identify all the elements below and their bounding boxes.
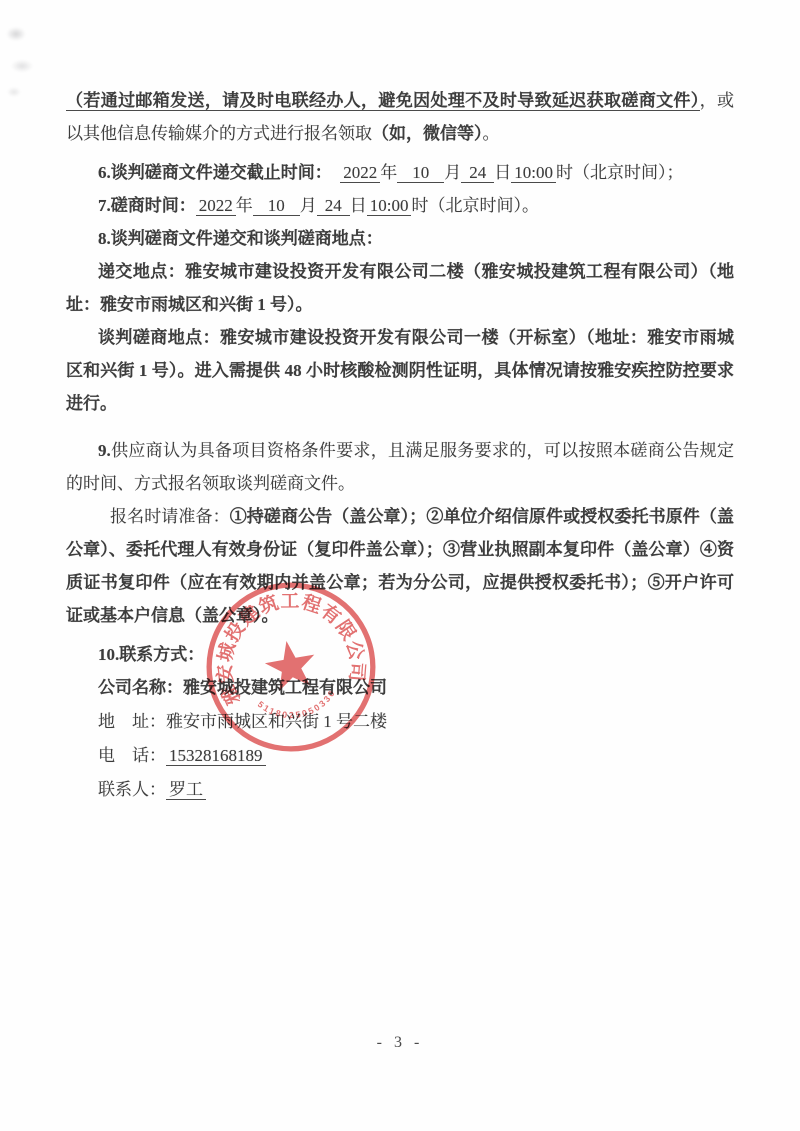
phone-value: 15328168189 — [166, 746, 266, 766]
item-8-label: 8.谈判磋商文件递交和谈判磋商地点： — [98, 229, 383, 248]
item-9-paragraph: 9.供应商认为具备项目资格条件要求，且满足服务要求的，可以按照本磋商公告规定的时… — [66, 434, 734, 500]
item-6-label: 6.谈判磋商文件递交截止时间： — [98, 163, 332, 182]
document-body: （若通过邮箱发送，请及时电联经办人，避免因处理不及时导致延迟获取磋商文件），或以… — [66, 84, 734, 807]
deadline-day-value: 24 — [461, 163, 494, 183]
page-number: - 3 - — [0, 1034, 800, 1052]
item-8-heading: 8.谈判磋商文件递交和谈判磋商地点： — [66, 222, 734, 255]
contact-person-row: 联系人：罗工 — [66, 773, 734, 807]
deadline-time-value: 10:00 — [511, 163, 556, 183]
phone-label: 电 话： — [98, 746, 166, 765]
item-10-label: 10.联系方式： — [98, 645, 204, 664]
scan-artifact — [4, 18, 50, 98]
deadline-year-value: 2022 — [340, 163, 380, 183]
item-10-heading: 10.联系方式： — [66, 638, 734, 671]
month-unit: 月 — [444, 163, 461, 182]
negotiation-time-value: 10:00 — [367, 196, 412, 216]
phone-row: 电 话：15328168189 — [66, 739, 734, 773]
address-row: 地 址：雅安市雨城区和兴街 1 号二楼 — [66, 705, 734, 739]
year-unit: 年 — [236, 196, 253, 215]
delivery-place-paragraph: 递交地点：雅安城市建设投资开发有限公司二楼（雅安城投建筑工程有限公司）（地址：雅… — [66, 255, 734, 321]
company-name-label: 公司名称： — [98, 678, 183, 697]
contact-person-label: 联系人： — [98, 780, 166, 799]
deadline-month-value: 10 — [397, 163, 444, 183]
company-name-row: 公司名称：雅安城投建筑工程有限公司 — [66, 671, 734, 705]
company-name-value: 雅安城投建筑工程有限公司 — [183, 678, 387, 697]
negotiation-year-value: 2022 — [196, 196, 236, 216]
negotiation-day-value: 24 — [317, 196, 350, 216]
address-label: 地 址： — [98, 712, 166, 731]
negotiation-month-value: 10 — [253, 196, 300, 216]
document-page: （若通过邮箱发送，请及时电联经办人，避免因处理不及时导致延迟获取磋商文件），或以… — [0, 0, 800, 1131]
contact-person-value: 罗工 — [166, 780, 206, 800]
address-value: 雅安市雨城区和兴街 1 号二楼 — [166, 712, 387, 731]
item-6-submission-deadline: 6.谈判磋商文件递交截止时间： 2022年10月24日10:00时（北京时间）； — [66, 156, 734, 189]
email-notice-text: （若通过邮箱发送，请及时电联经办人，避免因处理不及时导致延迟获取磋商文件） — [66, 91, 700, 111]
signup-lead-text: 报名时请准备： — [110, 507, 230, 526]
day-unit: 日 — [350, 196, 367, 215]
item-7-negotiation-time: 7.磋商时间：2022年10月24日10:00时（北京时间）。 — [66, 189, 734, 222]
day-unit: 日 — [494, 163, 511, 182]
year-unit: 年 — [380, 163, 397, 182]
item-7-label: 7.磋商时间： — [98, 196, 196, 215]
item-9-text: 供应商认为具备项目资格条件要求，且满足服务要求的，可以按照本磋商公告规定的时间、… — [66, 441, 734, 493]
negotiation-place-paragraph: 谈判磋商地点：雅安城市建设投资开发有限公司一楼（开标室）（地址：雅安市雨城区和兴… — [66, 321, 734, 420]
wechat-note-text: （如，微信等） — [372, 124, 483, 143]
contact-block: 公司名称：雅安城投建筑工程有限公司 地 址：雅安市雨城区和兴街 1 号二楼 电 … — [66, 671, 734, 807]
signup-requirements-paragraph: 报名时请准备：①持磋商公告（盖公章）；②单位介绍信原件或授权委托书原件（盖公章）… — [66, 500, 734, 632]
continuation-paragraph: （若通过邮箱发送，请及时电联经办人，避免因处理不及时导致延迟获取磋商文件），或以… — [66, 84, 734, 150]
sentence-end: 。 — [483, 124, 500, 143]
time-unit: 时（北京时间）； — [556, 163, 684, 182]
item-9-number: 9. — [98, 441, 111, 460]
month-unit: 月 — [300, 196, 317, 215]
time-unit: 时（北京时间）。 — [411, 196, 539, 215]
